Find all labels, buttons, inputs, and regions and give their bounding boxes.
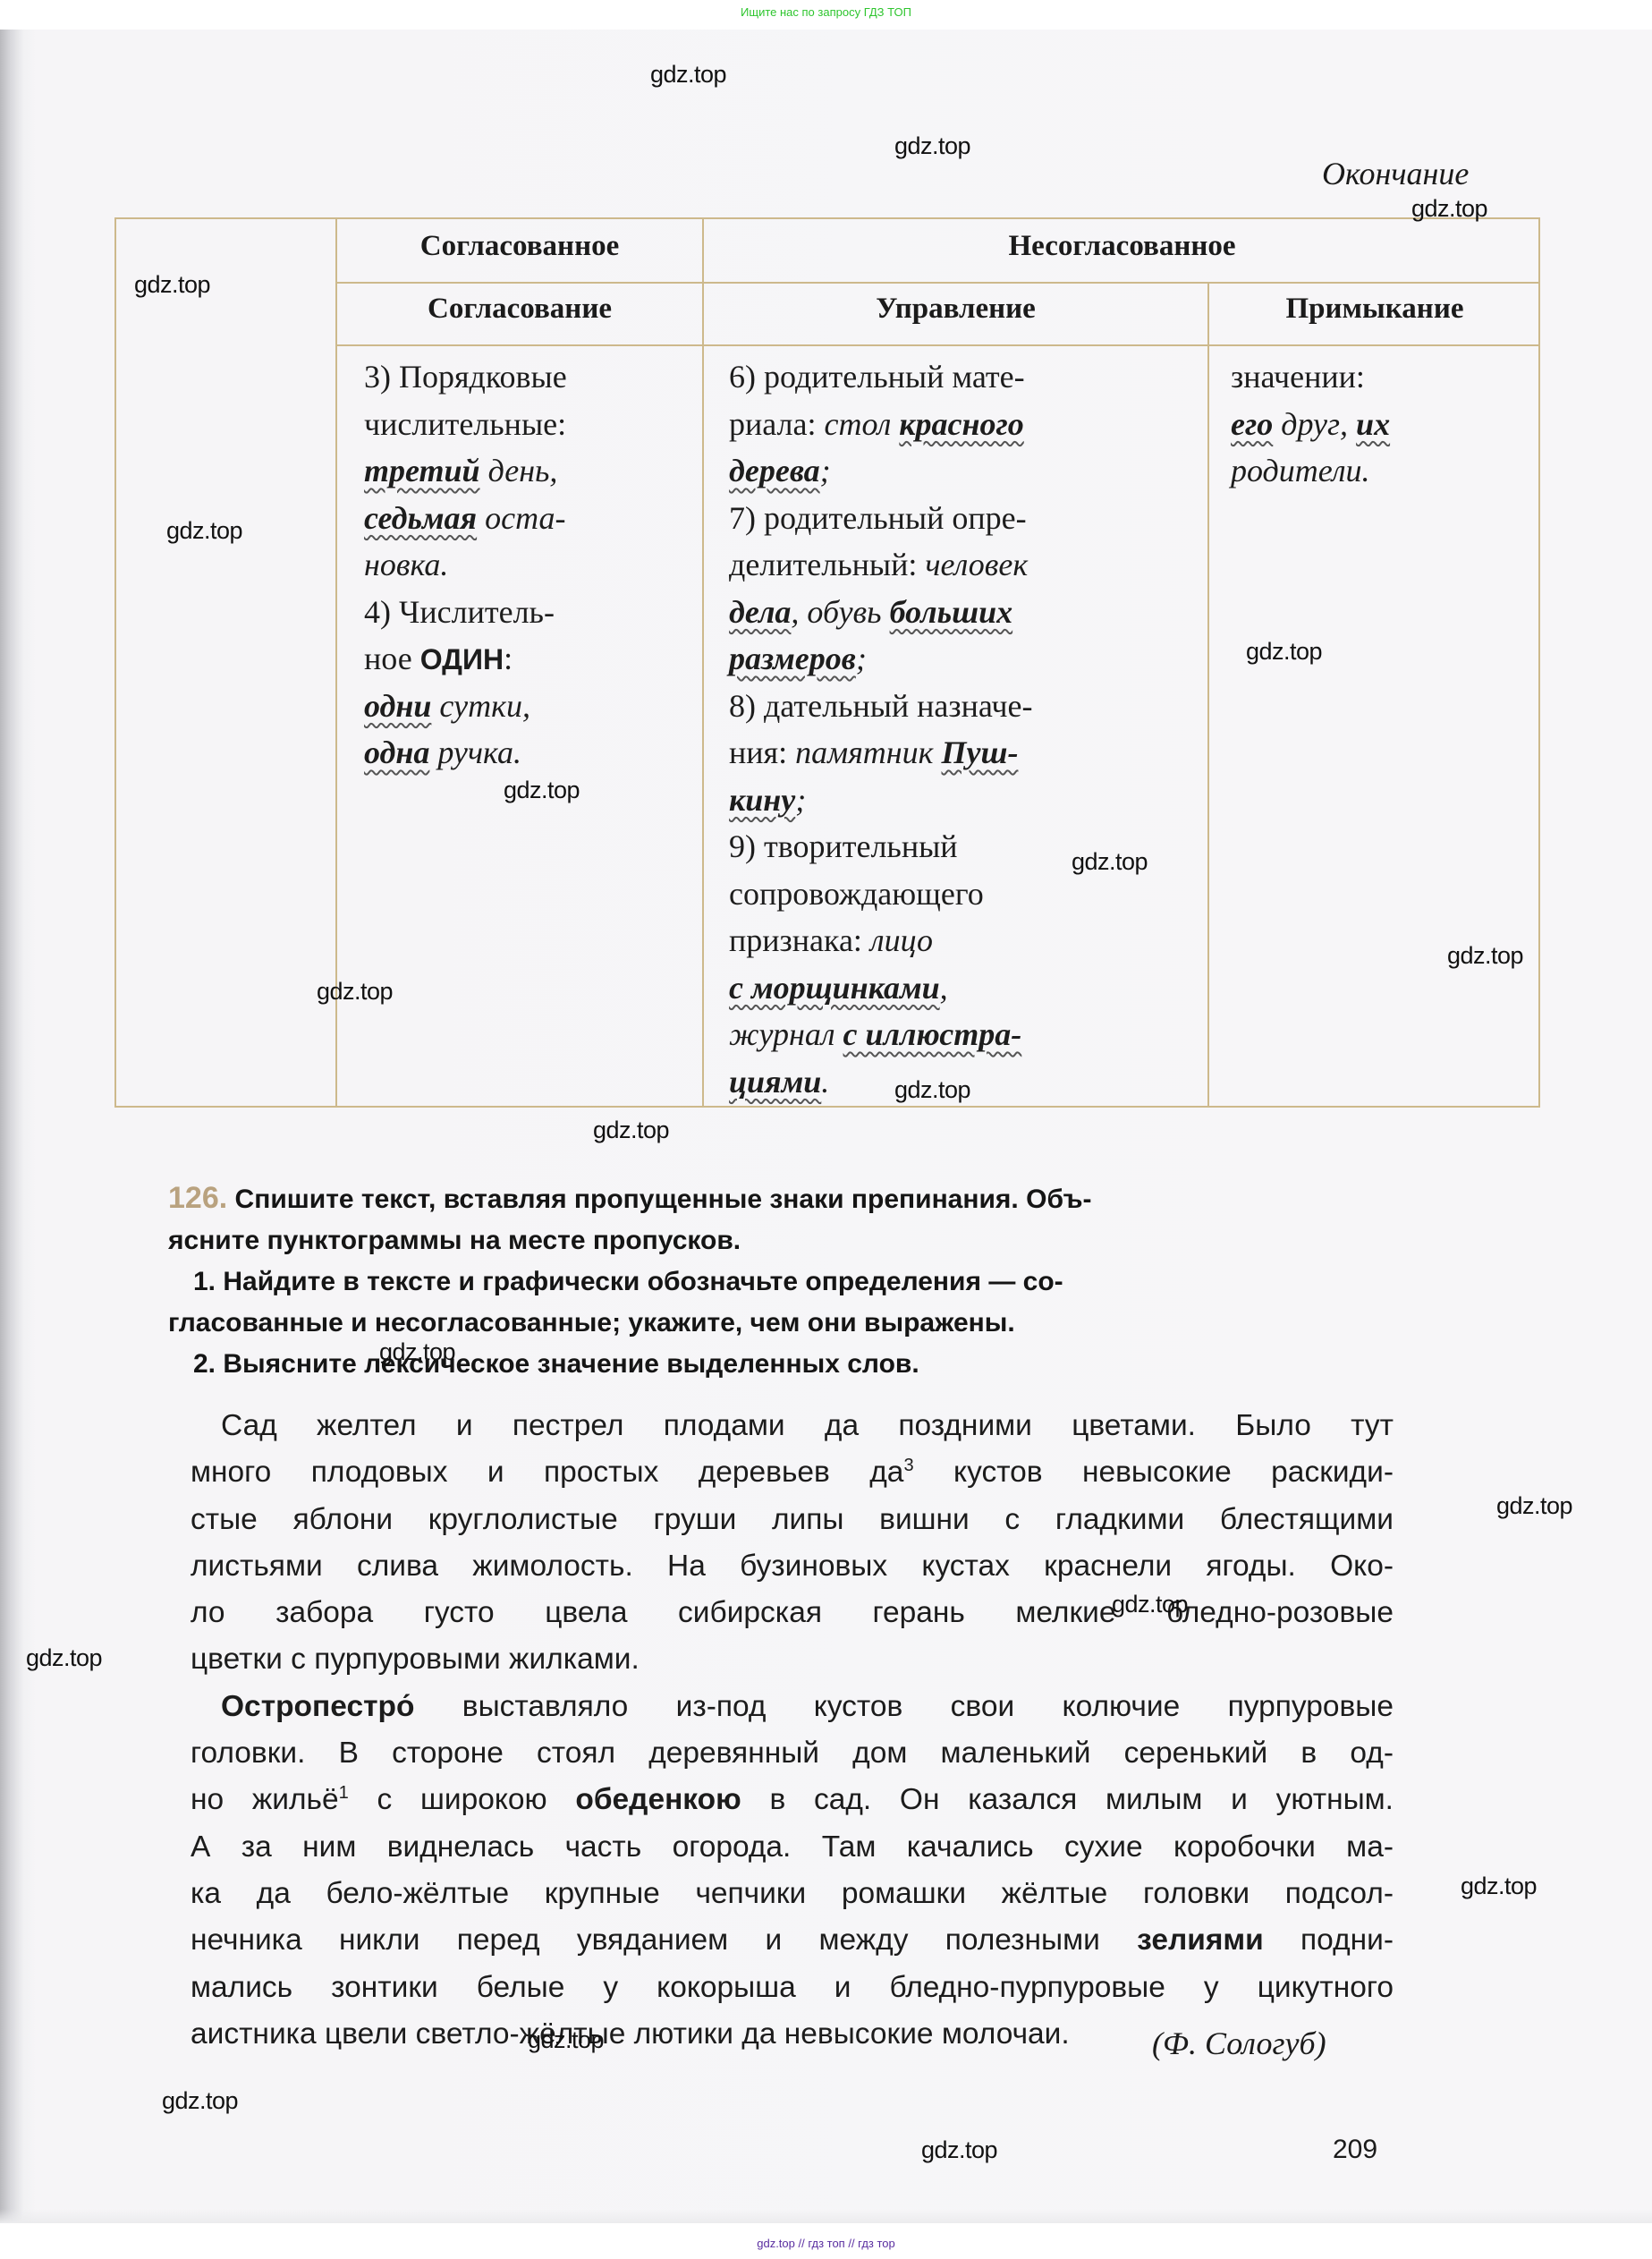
watermark: gdz.top <box>1447 942 1523 970</box>
text-line: головки. В стороне стоял деревянный дом … <box>191 1730 1394 1777</box>
cell-line: седьмая оста- <box>364 495 567 542</box>
cell-text: ния: <box>729 735 795 770</box>
text-line: много плодовых и простых деревьев да3 ку… <box>191 1449 1394 1496</box>
cell-text: 9) творительный <box>729 828 958 864</box>
text-line: мались зонтики белые у кокорыша и бледно… <box>191 1965 1394 2011</box>
definition-word: размеров <box>729 641 856 676</box>
example-word: родители. <box>1231 453 1370 488</box>
cell-line: одни сутки, <box>364 683 567 730</box>
example-word: друг, <box>1273 406 1356 442</box>
table-divider <box>335 219 337 1106</box>
text-fragment: кустов невысокие раскиди- <box>914 1456 1394 1489</box>
header-non-agreed: Несогласованное <box>704 230 1540 263</box>
watermark: gdz.top <box>894 1076 970 1104</box>
definition-word: циями <box>729 1064 821 1100</box>
exercise-text: Сад желтел и пестрел плодами да поздними… <box>191 1403 1394 2058</box>
text-fragment: ло забора густо цвела сибирская герань м… <box>191 1596 1394 1629</box>
cell-text: признака: <box>729 922 870 958</box>
text-line: Сад желтел и пестрел плодами да поздними… <box>191 1403 1394 1449</box>
text-fragment: много плодовых и простых деревьев да <box>191 1456 903 1489</box>
cell-text: делительный: <box>729 547 925 582</box>
text-fragment: цветки с пурпуровыми жилками. <box>191 1643 640 1676</box>
text-fragment: но жильё <box>191 1783 339 1816</box>
footnote-marker: 3 <box>903 1456 913 1475</box>
example-word: сутки, <box>439 688 530 724</box>
task-number: 1. <box>193 1267 216 1296</box>
watermark: gdz.top <box>1461 1873 1537 1900</box>
watermark: gdz.top <box>26 1644 102 1672</box>
text-fragment: Сад желтел и пестрел плодами да поздними… <box>221 1409 1394 1442</box>
cell-line: 3) Порядковые <box>364 353 567 401</box>
cell-line: ния: памятник Пуш- <box>729 729 1033 777</box>
cell-line: делительный: человек <box>729 541 1033 589</box>
definitions-table: Согласованное Несогласованное Согласован… <box>114 217 1540 1108</box>
text-fragment: ка да бело-жёлтые крупные чепчики ромашк… <box>191 1877 1394 1910</box>
example-word: памятник <box>795 735 941 770</box>
cell-text: риала: <box>729 406 825 442</box>
exercise-126: 126. Спишите текст, вставляя пропущенные… <box>168 1177 1394 1385</box>
cell-text <box>480 453 488 488</box>
definition-word: седьмая <box>364 500 477 536</box>
cell-line: значении: <box>1231 353 1390 401</box>
cell-text: 4) Числитель- <box>364 594 555 630</box>
definition-word: Пуш- <box>942 735 1019 770</box>
textbook-page: Окончание Согласованное Несогласованное … <box>0 30 1652 2223</box>
example-word: лицо <box>870 922 933 958</box>
task-line: гласованные и несогласованные; укажите, … <box>168 1303 1394 1344</box>
table-divider <box>335 344 1538 346</box>
cell-line: с морщинками, <box>729 964 1033 1012</box>
text-line: Остропестро́ выставляло из-под кустов св… <box>191 1684 1394 1730</box>
cell-line: кину; <box>729 777 1033 824</box>
definition-word: их <box>1356 406 1390 442</box>
watermark: gdz.top <box>1246 638 1322 666</box>
watermark: gdz.top <box>1112 1591 1188 1618</box>
highlighted-word: Остропестро́ <box>221 1690 414 1723</box>
cell-line: 6) родительный мате- <box>729 353 1033 401</box>
text-fragment: аистника цвели светло-жёлтые лютики да н… <box>191 2017 1070 2051</box>
example-word: ; <box>856 641 867 676</box>
header-agreed: Согласованное <box>337 230 702 263</box>
page-number: 209 <box>1333 2135 1377 2165</box>
text-line: ка да бело-жёлтые крупные чепчики ромашк… <box>191 1871 1394 1917</box>
table-divider <box>335 282 1538 284</box>
cell-text: ное <box>364 641 420 676</box>
cell-line: 7) родительный опре- <box>729 495 1033 542</box>
definition-word: кину <box>729 782 795 818</box>
watermark: gdz.top <box>1496 1492 1572 1520</box>
watermark: gdz.top <box>921 2136 997 2164</box>
watermark: gdz.top <box>593 1117 669 1144</box>
watermark: gdz.top <box>1072 848 1148 876</box>
example-word: день, <box>488 453 558 488</box>
exercise-instruction-line: Спишите текст, вставляя пропущенные знак… <box>235 1185 1092 1214</box>
watermark: gdz.top <box>894 132 970 160</box>
cell-line: признака: лицо <box>729 917 1033 964</box>
watermark: gdz.top <box>1411 195 1487 223</box>
text-fragment: выставляло из-под кустов свои колючие пу… <box>414 1690 1394 1723</box>
task-line: Выясните лексическое значение выделенных… <box>223 1349 919 1379</box>
footnote-marker: 1 <box>339 1783 349 1803</box>
definition-word: одни <box>364 688 431 724</box>
highlighted-word: ОДИН <box>420 641 504 676</box>
example-word: ; <box>795 782 806 818</box>
cell-line: циями. <box>729 1058 1033 1106</box>
watermark: gdz.top <box>317 978 393 1006</box>
watermark: gdz.top <box>134 271 210 299</box>
text-line: цветки с пурпуровыми жилками. <box>191 1636 1394 1683</box>
watermark: gdz.top <box>650 61 726 89</box>
cell-line: 4) Числитель- <box>364 589 567 636</box>
bottom-banner: gdz.top // гдз топ // гдз тор <box>0 2237 1652 2255</box>
top-banner: Ищите нас по запросу ГДЗ ТОП <box>0 5 1652 23</box>
text-line: ло забора густо цвела сибирская герань м… <box>191 1590 1394 1636</box>
header-agreement: Согласование <box>337 293 702 326</box>
cell-line: 8) дательный назначе- <box>729 683 1033 730</box>
text-line: А за ним виднелась часть огорода. Там ка… <box>191 1824 1394 1871</box>
definition-word: дерева <box>729 453 820 488</box>
text-fragment: А за ним виднелась часть огорода. Там ка… <box>191 1830 1394 1864</box>
cell-line: 9) творительный <box>729 823 1033 870</box>
definition-word: с морщинками <box>729 970 940 1006</box>
cell-line: числительные: <box>364 401 567 448</box>
cell-line: сопровождающего <box>729 870 1033 918</box>
text-author: (Ф. Сологуб) <box>1152 2025 1326 2062</box>
text-fragment: листьями слива жимолость. На бузиновых к… <box>191 1550 1394 1583</box>
example-word: , обувь <box>791 594 889 630</box>
cell-line: ное ОДИН: <box>364 635 567 683</box>
cell-line: дела, обувь больших <box>729 589 1033 636</box>
example-word: человек <box>925 547 1028 582</box>
text-fragment: головки. В стороне стоял деревянный дом … <box>191 1737 1394 1770</box>
cell-line: одна ручка. <box>364 729 567 777</box>
text-fragment: мались зонтики белые у кокорыша и бледно… <box>191 1971 1394 2004</box>
text-line: стые яблони круглолистые груши липы вишн… <box>191 1497 1394 1543</box>
cell-text: : <box>504 641 513 676</box>
cell-government-examples: 6) родительный мате-риала: стол красного… <box>729 353 1033 1105</box>
cell-line: новка. <box>364 541 567 589</box>
cell-line: размеров; <box>729 635 1033 683</box>
definition-word: третий <box>364 453 480 488</box>
highlighted-word: зелиями <box>1137 1924 1264 1957</box>
example-word: оста- <box>485 500 565 536</box>
example-word: ; <box>820 453 831 488</box>
cell-text <box>891 406 899 442</box>
example-word: новка. <box>364 547 448 582</box>
example-word: , <box>940 970 948 1006</box>
cell-text: 7) родительный опре- <box>729 500 1027 536</box>
cell-text: значении: <box>1231 359 1365 395</box>
task-number: 2. <box>193 1349 216 1379</box>
cell-text: 8) дательный назначе- <box>729 688 1033 724</box>
text-fragment: подни- <box>1264 1924 1394 1957</box>
example-word: журнал <box>729 1016 843 1052</box>
task-line: Найдите в тексте и графически обозначьте… <box>223 1267 1063 1296</box>
text-fragment: с широкою <box>349 1783 576 1816</box>
table-divider <box>1207 282 1209 1106</box>
watermark: gdz.top <box>166 517 242 545</box>
cell-agreement-examples: 3) Порядковыечислительные:третий день,се… <box>364 353 567 777</box>
exercise-instruction-line: ясните пунктограммы на месте пропусков. <box>168 1220 1394 1261</box>
example-word: ручка. <box>437 735 521 770</box>
cell-adjoining-examples: значении:его друг, ихродители. <box>1231 353 1390 495</box>
exercise-number: 126. <box>168 1181 227 1215</box>
cell-line: третий день, <box>364 447 567 495</box>
cell-line: журнал с иллюстра- <box>729 1011 1033 1058</box>
cell-line: его друг, их <box>1231 401 1390 448</box>
text-fragment: стые яблони круглолистые груши липы вишн… <box>191 1503 1394 1536</box>
cell-text: 6) родительный мате- <box>729 359 1025 395</box>
cell-text: числительные: <box>364 406 566 442</box>
cell-text <box>477 500 485 536</box>
watermark: gdz.top <box>528 2026 604 2054</box>
table-divider <box>702 219 704 1106</box>
watermark: gdz.top <box>379 1338 455 1366</box>
text-fragment: в сад. Он казался милым и уютным. <box>741 1783 1394 1816</box>
table-continuation-label: Окончание <box>1322 155 1469 192</box>
cell-text: сопровождающего <box>729 876 984 912</box>
watermark: gdz.top <box>162 2087 238 2115</box>
definition-word: одна <box>364 735 429 770</box>
cell-text: 3) Порядковые <box>364 359 567 395</box>
definition-word: дела <box>729 594 791 630</box>
text-fragment: нечника никли перед увяданием и между по… <box>191 1924 1137 1957</box>
cell-line: риала: стол красного <box>729 401 1033 448</box>
cell-line: дерева; <box>729 447 1033 495</box>
definition-word: больших <box>890 594 1013 630</box>
text-line: нечника никли перед увяданием и между по… <box>191 1917 1394 1964</box>
highlighted-word: обеденкою <box>575 1783 741 1816</box>
header-government: Управление <box>704 293 1207 326</box>
text-line: листьями слива жимолость. На бузиновых к… <box>191 1543 1394 1590</box>
watermark: gdz.top <box>504 777 580 804</box>
cell-line: родители. <box>1231 447 1390 495</box>
definition-word: с иллюстра- <box>843 1016 1022 1052</box>
definition-word: его <box>1231 406 1273 442</box>
example-word: . <box>821 1064 829 1100</box>
text-line: но жильё1 с широкою обеденкою в сад. Он … <box>191 1777 1394 1823</box>
example-word: стол <box>825 406 892 442</box>
definition-word: красного <box>899 406 1024 442</box>
header-adjoining: Примыкание <box>1209 293 1540 326</box>
